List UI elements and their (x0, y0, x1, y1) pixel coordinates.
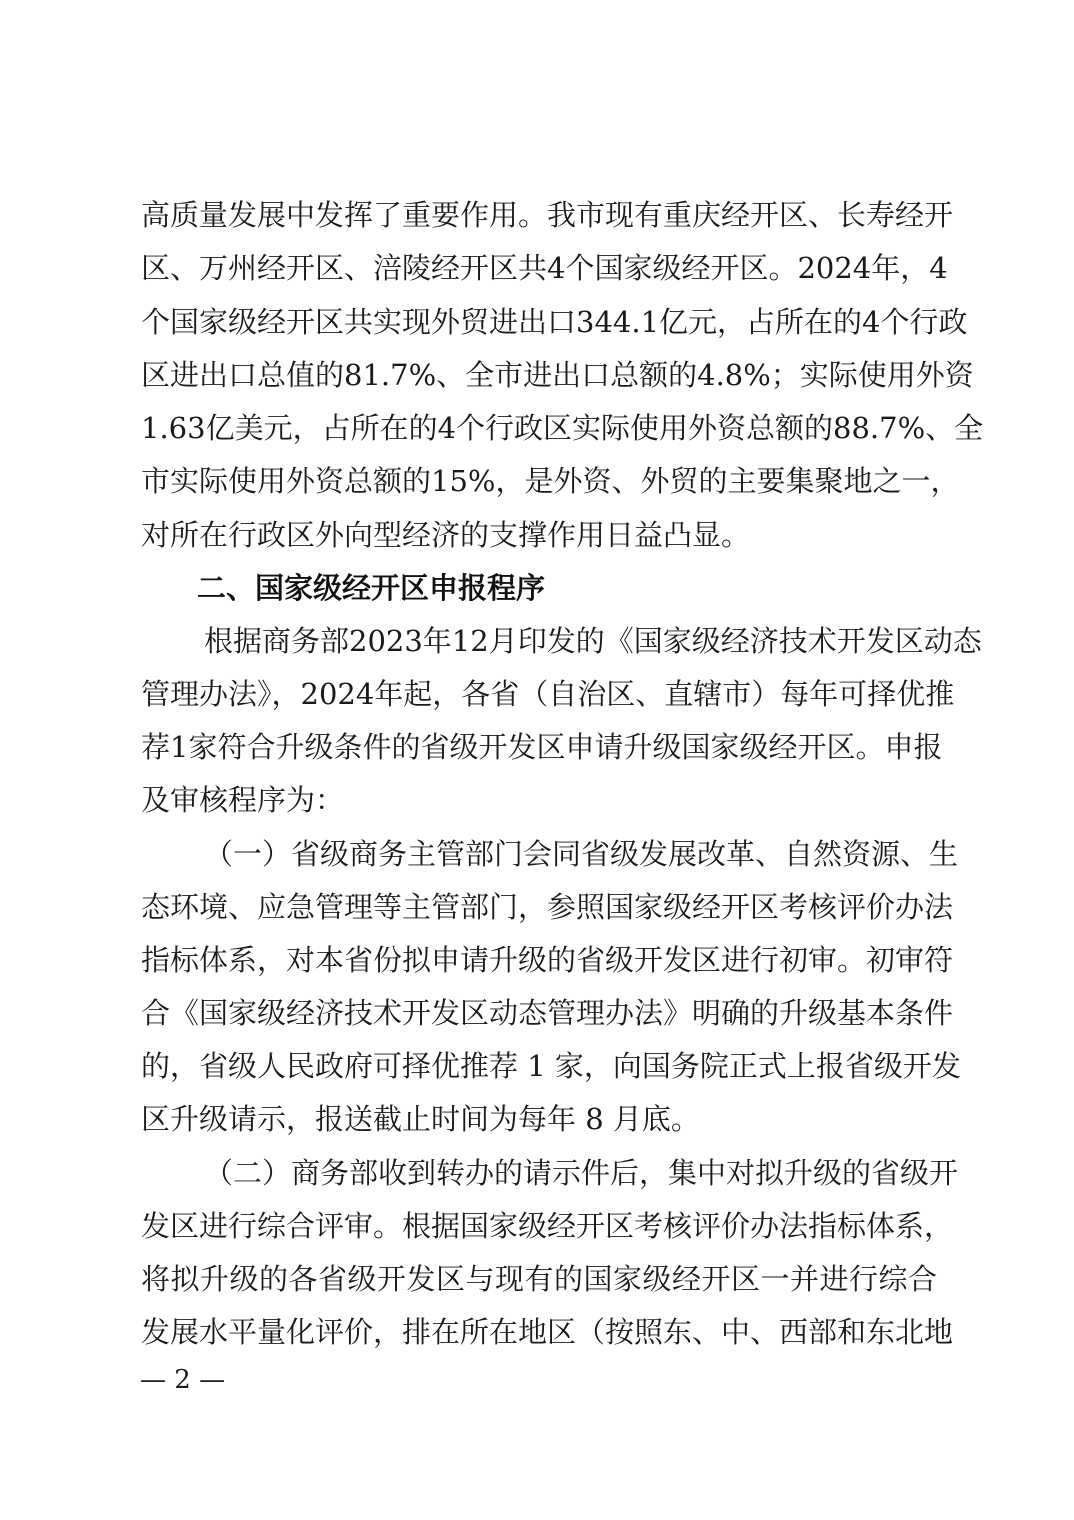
document-page: 高质量发展中发挥了重要作用。我市现有重庆经开区、长寿经开 区、万州经开区、涪陵经… (0, 0, 1074, 1520)
body-text-line: 高质量发展中发挥了重要作用。我市现有重庆经开区、长寿经开 (141, 189, 937, 242)
section-heading: 二、国家级经开区申报程序 (197, 562, 545, 615)
body-text-line: 发展水平量化评价，排在所在地区（按照东、中、西部和东北地 (141, 1306, 937, 1359)
body-text-line: 发区进行综合评审。根据国家级经开区考核评价办法指标体系， (141, 1200, 937, 1253)
body-text-line: 管理办法》，2024年起，各省（自治区、直辖市）每年可择优推 (141, 668, 937, 721)
body-text-line: 合《国家级经济技术开发区动态管理办法》明确的升级基本条件 (141, 987, 937, 1040)
page-number: — 2 — (140, 1360, 225, 1400)
body-text-line: 对所在行政区外向型经济的支撑作用日益凸显。 (141, 509, 937, 562)
body-text-line: 根据商务部2023年12月印发的《国家级经济技术开发区动态 (204, 615, 937, 668)
body-text-line: 及审核程序为： (141, 774, 937, 827)
body-text-line: （二）商务部收到转办的请示件后，集中对拟升级的省级开 (204, 1147, 937, 1200)
body-text-line: 区升级请示，报送截止时间为每年 8 月底。 (141, 1093, 937, 1146)
body-text-line: 荐1家符合升级条件的省级开发区申请升级国家级经开区。申报 (141, 721, 937, 774)
body-text-line: 区、万州经开区、涪陵经开区共4个国家级经开区。2024年，4 (141, 242, 937, 295)
body-text-line: （一）省级商务主管部门会同省级发展改革、自然资源、生 (204, 828, 937, 881)
body-text-line: 态环境、应急管理等主管部门，参照国家级经开区考核评价办法 (141, 881, 937, 934)
body-text-line: 1.63亿美元，占所在的4个行政区实际使用外资总额的88.7%、全 (141, 402, 937, 455)
body-text-line: 个国家级经开区共实现外贸进出口344.1亿元，占所在的4个行政 (141, 296, 937, 349)
body-text-line: 的，省级人民政府可择优推荐 1 家，向国务院正式上报省级开发 (141, 1040, 937, 1093)
body-text-line: 将拟升级的各省级开发区与现有的国家级经开区一并进行综合 (141, 1253, 937, 1306)
body-text-line: 区进出口总值的81.7%、全市进出口总额的4.8%；实际使用外资 (141, 349, 937, 402)
body-text-line: 市实际使用外资总额的15%，是外资、外贸的主要集聚地之一， (141, 455, 937, 508)
body-text-line: 指标体系，对本省份拟申请升级的省级开发区进行初审。初审符 (141, 934, 937, 987)
